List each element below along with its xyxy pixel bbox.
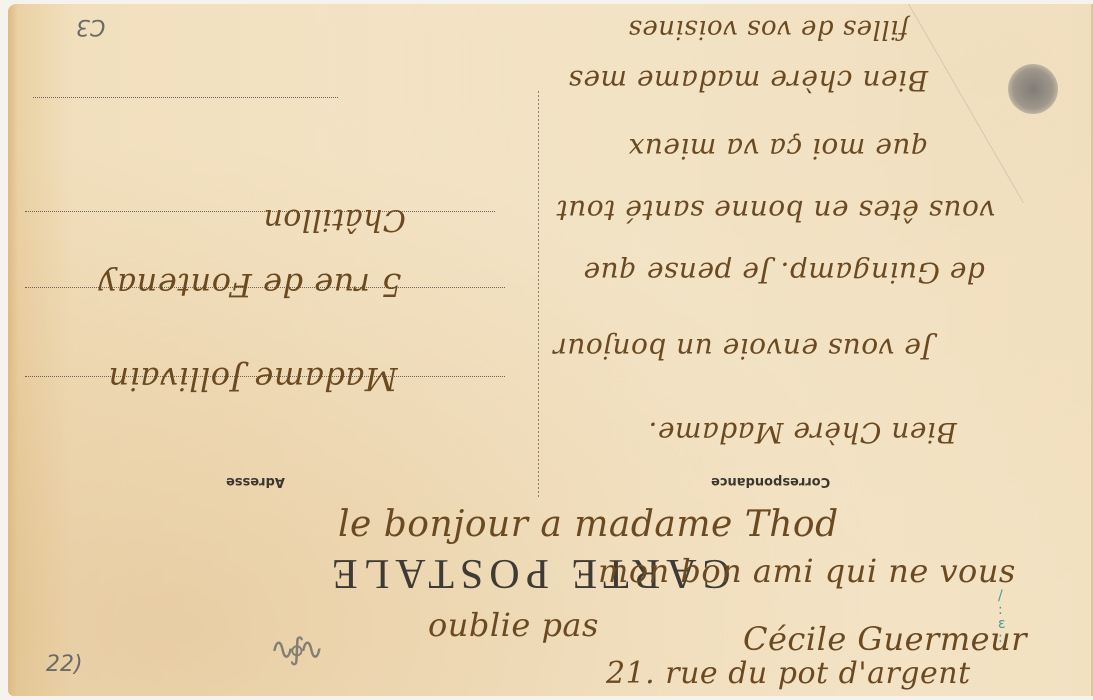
signature-address: 21. rue du pot d'argent: [606, 656, 971, 691]
correspondence-label: Correspondance: [711, 474, 830, 489]
pencil-note-top: C3: [76, 14, 105, 39]
postmark-stamp-icon: [1008, 64, 1058, 114]
message-line-5: de Guingamp. Je pense que: [583, 256, 985, 289]
pencil-note-bottom: 22): [46, 652, 83, 677]
message-line-7: Bien Chère Madame.: [648, 416, 957, 449]
paper-crease: [908, 4, 1024, 204]
address-street: 5 rue de Fontenay: [98, 266, 402, 304]
address-line-1: [33, 97, 338, 98]
postscript-line-3: oublie pas: [428, 606, 599, 644]
postcard-back: C3 22) ∿∮∿ Adresse Correspondance CARTE …: [8, 4, 1093, 696]
address-label: Adresse: [226, 474, 285, 489]
message-line-2: Bien chère madame mes: [568, 64, 928, 97]
message-line-6: Je vous envoie un bonjour: [553, 332, 933, 365]
postscript-line-2: mon bon ami qui ne vous: [598, 552, 1016, 590]
address-city: Châtillon: [263, 202, 406, 237]
signature-name: Cécile Guermeur: [743, 620, 1027, 658]
message-line-4: vous êtes en bonne santé tout: [556, 194, 995, 227]
message-line-1: filles de vos voisines: [628, 14, 909, 44]
pencil-scribble: ∿∮∿: [270, 632, 318, 667]
teal-pencil-marks: /:ε:: [998, 589, 1008, 645]
message-line-3: que moi ça va mieux: [628, 132, 929, 165]
address-line-2: [25, 211, 495, 212]
address-recipient: Madame Jollivain: [108, 360, 398, 398]
postscript-line-1: le bonjour a madame Thod: [338, 504, 839, 545]
center-divider-line: [536, 89, 542, 499]
